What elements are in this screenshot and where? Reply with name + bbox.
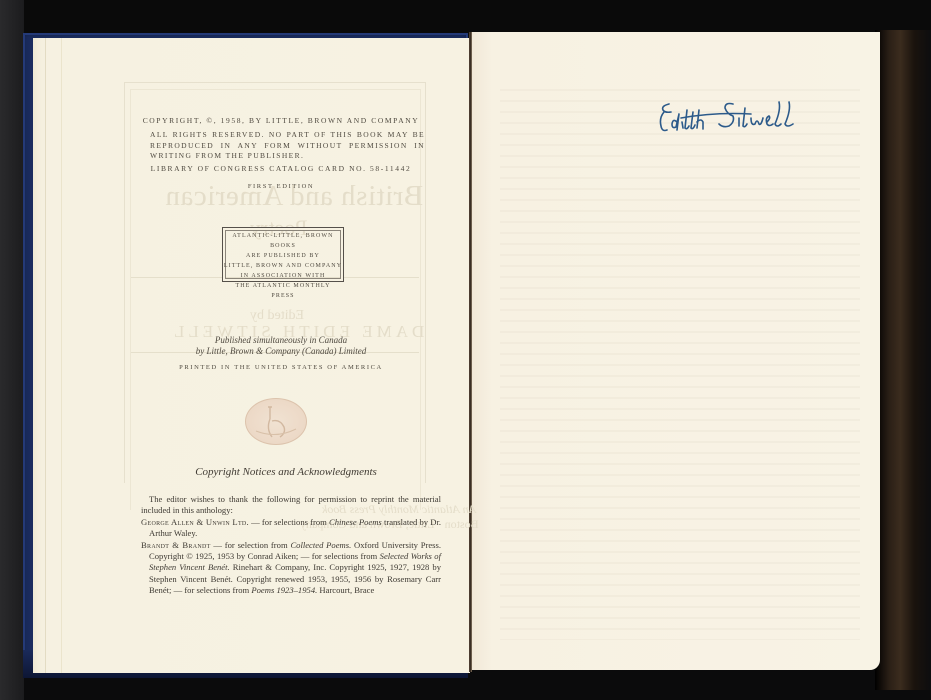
- canada-line-1: Published simultaneously in Canada: [136, 335, 426, 346]
- signature-ink-icon: [655, 96, 815, 141]
- printed-in-line: Printed in the United States of America: [136, 364, 426, 371]
- ack-intro: The editor wishes to thank the following…: [141, 494, 441, 517]
- imprint-line: Little, Brown and Company: [223, 261, 343, 271]
- imprint-line: are published by: [223, 251, 343, 261]
- acknowledgments-body: The editor wishes to thank the following…: [141, 494, 441, 597]
- copyright-line: Copyright, ©, 1958, by Little, Brown and…: [136, 116, 426, 125]
- ack-entry: George Allen & Unwin Ltd. — for selectio…: [141, 517, 441, 540]
- lccn-line: Library of Congress Catalog Card No. 58-…: [136, 164, 426, 173]
- edition-line: First Edition: [136, 183, 426, 190]
- ack-work-title: Chinese Poems: [329, 517, 382, 527]
- canada-notice: Published simultaneously in Canada by Li…: [136, 335, 426, 357]
- ack-work-title: Poems 1923–1954.: [251, 585, 317, 595]
- ack-entry: Brandt & Brandt — for selection from Col…: [141, 540, 441, 597]
- ack-text: — for selections from: [249, 517, 329, 527]
- acknowledgments-heading: Copyright Notices and Acknowledgments: [136, 466, 436, 478]
- canada-line-2: by Little, Brown & Company (Canada) Limi…: [136, 346, 426, 357]
- imprint-line: Atlantic-Little, Brown Books: [223, 231, 343, 251]
- imprint-line: in association with: [223, 271, 343, 281]
- ack-publisher: George Allen & Unwin Ltd.: [141, 517, 249, 527]
- ack-work-title: Collected Poems.: [290, 540, 351, 550]
- ack-text: — for selection from: [211, 540, 291, 550]
- ack-text: Harcourt, Brace: [317, 585, 374, 595]
- imprint-line: The Atlantic Monthly Press: [223, 281, 343, 301]
- rights-reserved: All rights reserved. No part of this boo…: [150, 130, 425, 162]
- publisher-colophon-icon: [245, 398, 307, 445]
- handwritten-signature: Edith Sitwell: [655, 96, 815, 146]
- imprint-box: Atlantic-Little, Brown Books are publish…: [222, 227, 344, 282]
- ack-publisher: Brandt & Brandt: [141, 540, 211, 550]
